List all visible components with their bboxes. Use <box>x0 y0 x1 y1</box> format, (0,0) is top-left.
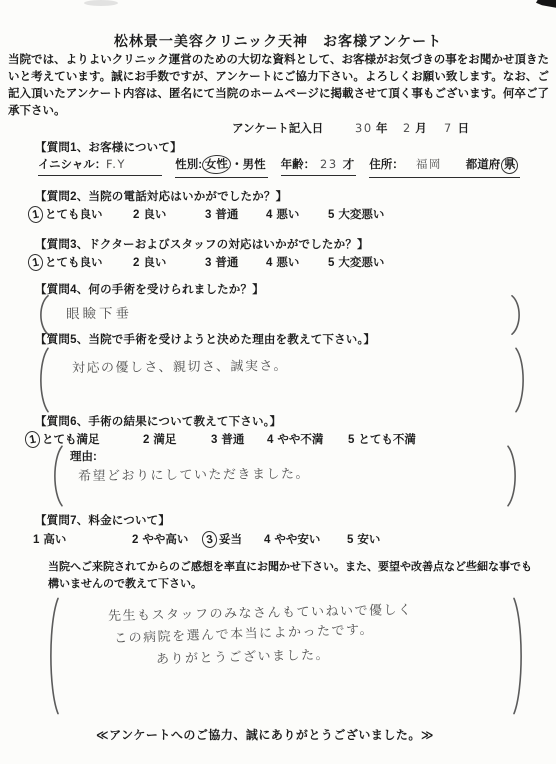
q7-option-5: 5安い <box>347 531 380 548</box>
q3-option-4: 4悪い <box>266 254 328 271</box>
gender-female-circled: 女性 <box>202 154 232 174</box>
right-parenthesis <box>512 596 526 716</box>
date-label: アンケート記入日 <box>232 120 323 136</box>
question1-answer-row: イニシャル： F.Y 性別: 女性 ・ 男性 年齢： 23 才 住所： 福岡 都… <box>38 155 520 178</box>
option-label: 悪い <box>276 257 299 269</box>
address-label: 住所： <box>369 156 404 172</box>
q3-option-5: 5大変悪い <box>328 254 384 271</box>
option-label: やや安い <box>274 534 320 546</box>
left-parenthesis <box>36 347 50 413</box>
q2-option-4: 4悪い <box>266 206 328 223</box>
option-number: 3 <box>205 257 211 269</box>
date-day-unit: 日 <box>458 120 470 136</box>
right-parenthesis <box>514 347 528 413</box>
footer-thanks: ≪アンケートへのご協力、誠にありがとうございました。≫ <box>0 726 530 743</box>
option-number: 2 <box>133 209 139 221</box>
scan-artifact-smudge <box>84 0 118 6</box>
scan-artifact-corner <box>536 0 556 10</box>
page-title: 松林景一美容クリニック天神 お客様アンケート <box>0 31 556 51</box>
q5-answer-handwritten: 対応の優しさ、親切さ、誠実さ。 <box>72 355 288 376</box>
address-field: 住所： 福岡 都道府 県 <box>369 156 520 178</box>
option-number: 4 <box>266 257 272 269</box>
question2-options: 1とても良い 2良い 3普通 4悪い 5大変悪い <box>33 206 384 223</box>
question5-answer-box: 対応の優しさ、親切さ、誠実さ。 <box>36 347 528 413</box>
option-number: 5 <box>328 257 334 269</box>
q6-reason-handwritten: 希望どおりにしていただきました。 <box>78 463 310 484</box>
q7-option-4: 4やや安い <box>264 531 347 548</box>
question7-options: 1高い 2やや高い 3妥当 4やや安い 5安い <box>33 531 380 548</box>
date-year-handwritten: 30 <box>355 121 373 135</box>
question7-heading: 【質問7、料金について】 <box>35 512 170 528</box>
q7-option-3: 3妥当 <box>207 531 264 548</box>
feedback-line-3: ありがとうございました。 <box>156 644 330 668</box>
option-label: 普通 <box>215 257 238 269</box>
question3-options: 1とても良い 2良い 3普通 4悪い 5大変悪い <box>33 254 384 271</box>
q3-option-3: 3普通 <box>205 254 266 271</box>
option-number: 2 <box>132 534 138 546</box>
option-number: 5 <box>347 534 353 546</box>
option-label: 良い <box>143 257 166 269</box>
address-handwritten: 福岡 <box>416 156 442 172</box>
q3-option-1: 1とても良い <box>33 254 133 271</box>
feedback-box: 先生もスタッフのみなさんもていねいで優しく この病院を選んで本当によかったです。… <box>46 596 526 716</box>
gender-male: 男性 <box>243 156 266 172</box>
q4-answer-handwritten: 眼瞼下垂 <box>66 302 132 323</box>
option-label: 良い <box>143 209 166 221</box>
option-number: 3 <box>205 209 211 221</box>
question3-heading: 【質問3、ドクターおよびスタッフの対応はいかがでしたか？】 <box>35 236 369 252</box>
date-month-unit: 月 <box>415 120 427 136</box>
selected-circle: 1 <box>27 205 45 224</box>
age-handwritten: 23 <box>320 157 338 171</box>
prefecture-circled: 県 <box>501 157 518 174</box>
question2-heading: 【質問2、当院の電話対応はいかがでしたか？】 <box>35 188 287 204</box>
option-label: 大変悪い <box>338 257 384 269</box>
prefecture-suffix: 都道府 <box>466 156 501 172</box>
question6-heading: 【質問6、手術の結果について教えて下さい。】 <box>35 413 281 429</box>
q2-option-5: 5大変悪い <box>328 206 384 223</box>
left-parenthesis <box>36 295 50 335</box>
question5-heading: 【質問5、当院で手術を受けようと決めた理由を教えて下さい。】 <box>35 331 375 347</box>
left-parenthesis <box>50 445 64 507</box>
feedback-prompt: 当院へご来院されてからのご感想を率直にお聞かせ下さい。また、要望や改善点など些細… <box>48 559 540 593</box>
option-label: 妥当 <box>219 534 242 546</box>
gender-separator: ・ <box>231 156 243 172</box>
survey-page: 松林景一美容クリニック天神 お客様アンケート 当院では、よりよいクリニック運営の… <box>0 0 556 764</box>
date-year-unit: 年 <box>376 120 388 136</box>
question6-reason-box: 理由: 希望どおりにしていただきました。 <box>50 445 520 507</box>
initial-label: イニシャル： <box>38 156 106 172</box>
gender-label: 性別: <box>175 156 202 172</box>
option-number: 2 <box>133 257 139 269</box>
option-label: 安い <box>357 534 380 546</box>
initial-handwritten: F.Y <box>106 157 126 171</box>
survey-date-row: アンケート記入日 30 年 2 月 7 日 <box>232 120 469 136</box>
option-label: とても良い <box>45 209 103 221</box>
gender-field: 性別: 女性 ・ 男性 <box>175 155 267 178</box>
age-field: 年齢： 23 才 <box>281 156 357 176</box>
q2-option-3: 3普通 <box>205 206 266 223</box>
option-label: 高い <box>43 534 66 546</box>
option-number: 5 <box>328 209 334 221</box>
option-number: 1 <box>33 534 39 546</box>
selected-circle: 1 <box>27 253 45 272</box>
intro-paragraph: 当院では、よりよいクリニック運営のための大切な資料として、お客様がお気づきの事を… <box>8 52 549 120</box>
option-label: やや高い <box>142 534 188 546</box>
left-parenthesis <box>46 596 60 716</box>
date-month-handwritten: 2 <box>403 121 412 135</box>
question4-answer-box: 眼瞼下垂 <box>36 295 524 335</box>
right-parenthesis <box>506 445 520 507</box>
q3-option-2: 2良い <box>133 254 205 271</box>
date-day-handwritten: 7 <box>444 121 453 135</box>
option-number: 4 <box>266 209 272 221</box>
q7-option-2: 2やや高い <box>132 531 207 548</box>
option-label: 大変悪い <box>338 209 384 221</box>
option-label: とても良い <box>45 257 103 269</box>
selected-circle: 1 <box>24 430 42 449</box>
reason-label: 理由: <box>70 448 97 464</box>
age-label: 年齢： <box>281 156 316 172</box>
q2-option-1: 1とても良い <box>33 206 133 223</box>
question1-heading: 【質問1、お客様について】 <box>35 139 182 155</box>
age-unit: 才 <box>343 156 355 172</box>
option-label: 悪い <box>276 209 299 221</box>
q7-option-1: 1高い <box>33 531 132 548</box>
option-label: 普通 <box>215 209 238 221</box>
option-number: 4 <box>264 534 270 546</box>
initial-field: イニシャル： F.Y <box>38 156 162 176</box>
right-parenthesis <box>510 295 524 335</box>
q2-option-2: 2良い <box>133 206 205 223</box>
